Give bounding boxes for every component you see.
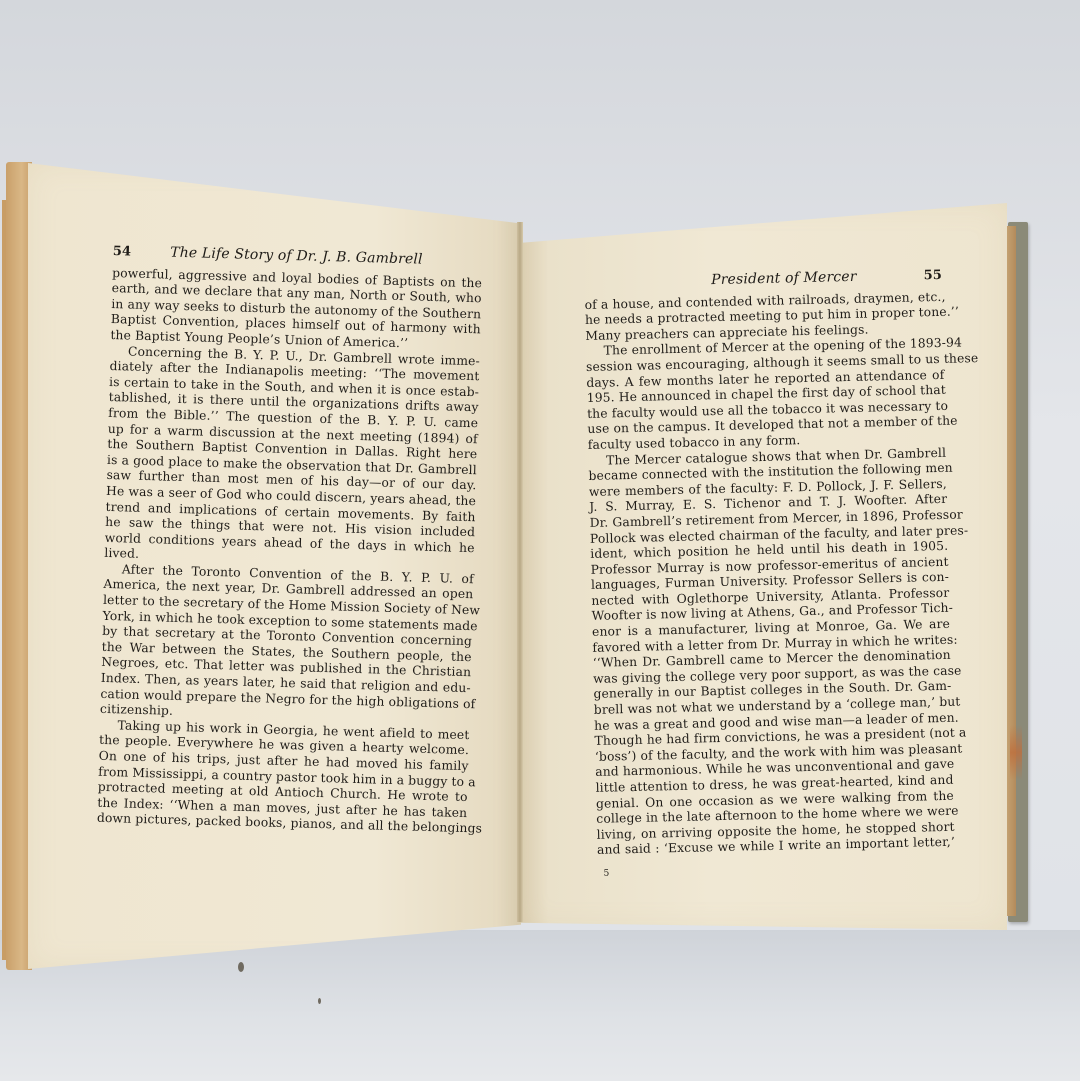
right-page-text: President of Mercer 55 of a house, and c…: [584, 268, 956, 883]
page-number: 54: [113, 244, 132, 260]
debris-speck: [318, 998, 321, 1004]
left-page-text: 54 The Life Story of Dr. J. B. Gambrell …: [97, 244, 483, 837]
right-page-body: of a house, and contended with railroads…: [584, 289, 955, 858]
debris-speck: [238, 962, 244, 972]
page-number: 55: [923, 268, 942, 284]
book-gutter: [517, 222, 523, 922]
left-page-body: powerful, aggressive and loyal bodies of…: [97, 266, 483, 837]
running-head: President of Mercer: [711, 270, 857, 289]
page-edge-stain: [1010, 725, 1022, 780]
